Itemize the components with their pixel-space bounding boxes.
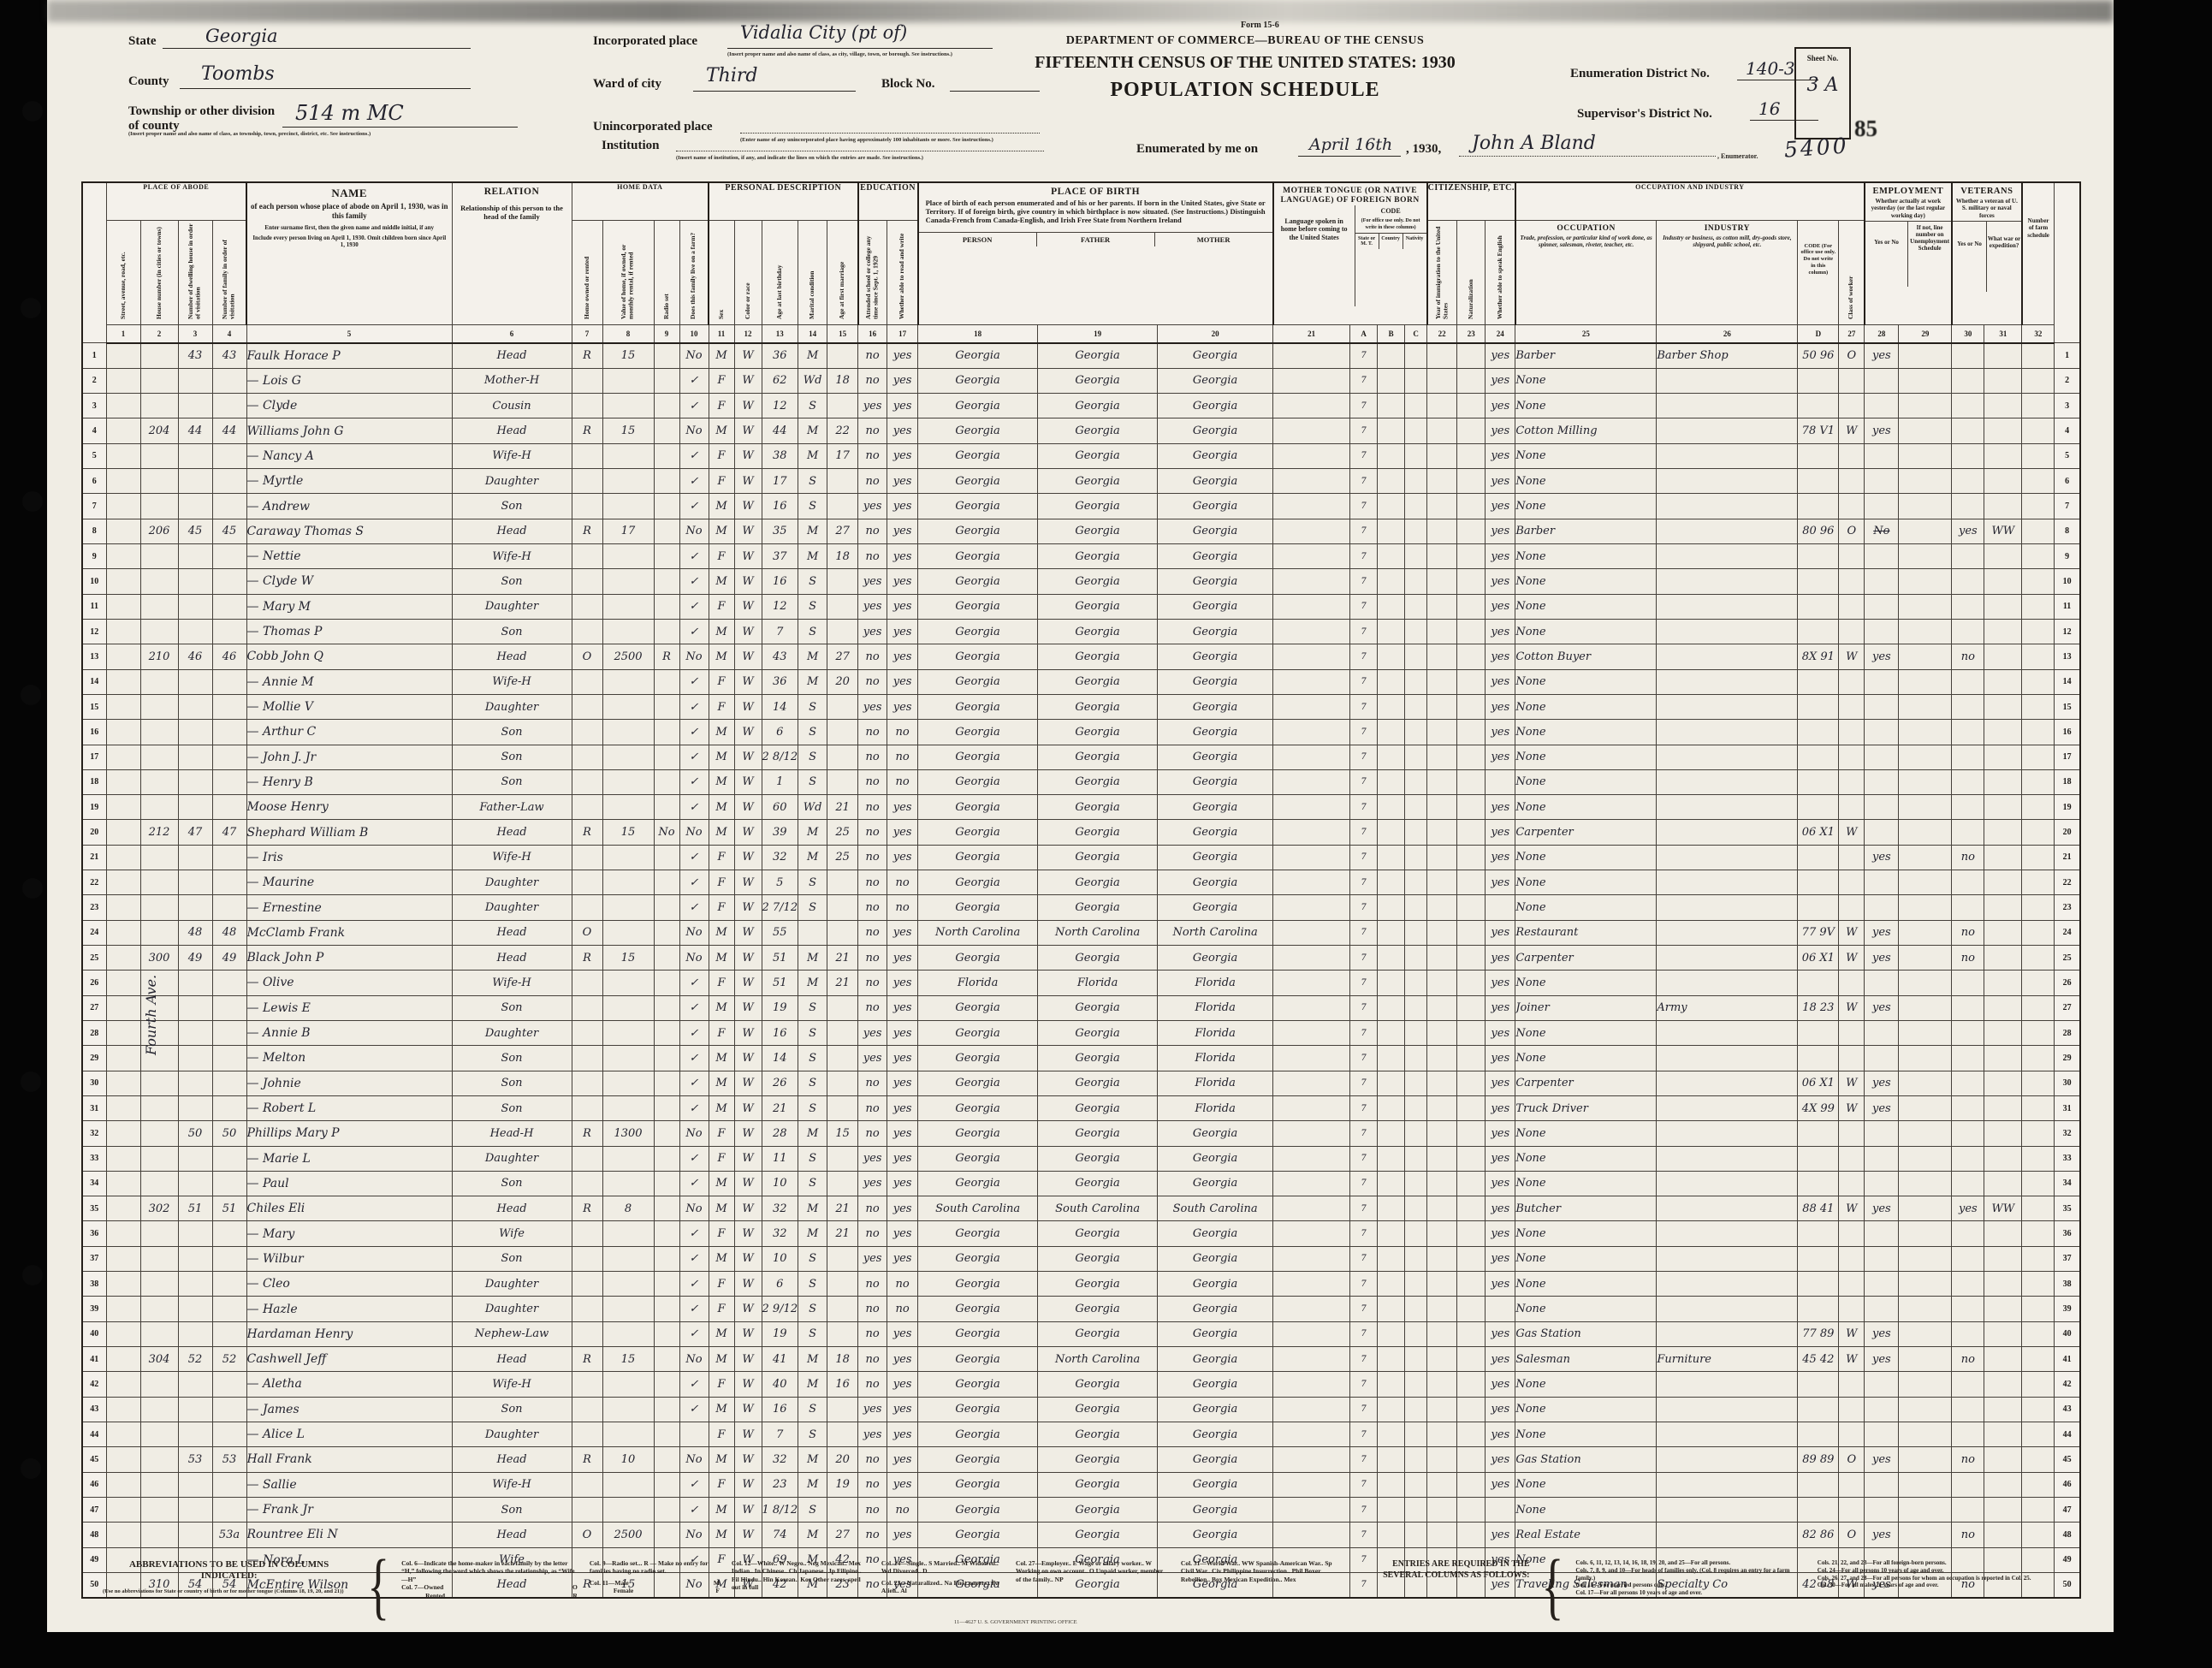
cell-oc: None (1515, 1020, 1657, 1045)
cell-rc: W (734, 1422, 762, 1446)
cell-v31 (1984, 1297, 2022, 1321)
cell-h (140, 1146, 178, 1171)
cell-h: 204 (140, 418, 178, 443)
legend-entry: Cols. 6, 11, 12, 13, 14, 16, 18, 19, 20,… (1575, 1559, 1805, 1567)
cell-cl (1839, 443, 1865, 468)
cell-en: yes (1486, 1171, 1515, 1196)
cell-v30 (1952, 1095, 1984, 1120)
cell-en: yes (1486, 644, 1515, 669)
cell-sc: yes (858, 1422, 887, 1446)
cell-cC (1405, 971, 1427, 995)
sheet-value: 3 A (1796, 74, 1849, 96)
cell-h (140, 1121, 178, 1146)
cell-ag: 26 (762, 1071, 798, 1095)
cell-fm: No (679, 1347, 709, 1372)
cell-h (140, 1497, 178, 1522)
line-number: 5 (82, 443, 106, 468)
cell-in (1657, 1397, 1798, 1422)
cell-pb: Georgia (918, 1095, 1038, 1120)
cell-pb: Georgia (918, 1146, 1038, 1171)
cell-mr: S (798, 1146, 827, 1171)
township-note: (Insert proper name and also name of cla… (128, 131, 371, 137)
cell-ow: R (572, 1347, 602, 1372)
cell-v31 (1984, 418, 2022, 443)
cell-st (106, 443, 140, 468)
cell-pb: Georgia (918, 519, 1038, 543)
cell-v30 (1952, 1046, 1984, 1071)
table-row: 33— Marie LDaughter✓FW11SyesyesGeorgiaGe… (82, 1146, 2080, 1171)
cell-mr: S (798, 769, 827, 794)
cell-cC (1405, 394, 1427, 418)
column-number: 7 (572, 324, 602, 343)
cell-c22 (1427, 469, 1457, 494)
cell-pf: North Carolina (1038, 920, 1158, 945)
cell-d (178, 1397, 212, 1422)
cell-rw: yes (887, 1071, 918, 1095)
cell-v31 (1984, 1472, 2022, 1497)
cell-vl (602, 1146, 654, 1171)
cell-d (178, 720, 212, 745)
column-number: 15 (827, 324, 858, 343)
cell-e29 (1899, 1095, 1952, 1120)
cell-v31 (1984, 694, 2022, 719)
cell-e28 (1865, 1146, 1899, 1171)
cell-rl: Wife-H (452, 971, 572, 995)
cell-cC (1405, 820, 1427, 845)
cell-sc: no (858, 1221, 887, 1246)
cell-cd (1798, 1221, 1839, 1246)
cell-f: 53 (212, 1447, 246, 1472)
cell-ag: 21 (762, 1095, 798, 1120)
cell-ow (572, 1497, 602, 1522)
cell-v31 (1984, 1046, 2022, 1071)
cell-en: yes (1486, 820, 1515, 845)
cell-mr: M (798, 946, 827, 971)
cell-sc: no (858, 644, 887, 669)
page-stamp: 85 (1854, 116, 1877, 142)
cell-d (178, 1497, 212, 1522)
cell-c32 (2022, 694, 2055, 719)
cell-ow (572, 1422, 602, 1446)
cell-en: yes (1486, 795, 1515, 820)
cell-pm: Georgia (1158, 1272, 1273, 1297)
cell-ow: O (572, 644, 602, 669)
cell-cA: 7 (1350, 1071, 1378, 1095)
column-number: 24 (1486, 324, 1515, 343)
cell-d: 50 (178, 1121, 212, 1146)
cell-cB (1378, 745, 1405, 769)
cell-rl: Cousin (452, 394, 572, 418)
cell-mr: M (798, 418, 827, 443)
cell-ow (572, 1171, 602, 1196)
cell-c32 (2022, 494, 2055, 519)
cell-cA: 7 (1350, 519, 1378, 543)
cell-e29 (1899, 669, 1952, 694)
cell-pm: Georgia (1158, 644, 1273, 669)
line-number: 46 (82, 1472, 106, 1497)
col24-header: Whether able to speak English (1486, 220, 1515, 324)
cell-f (212, 1297, 246, 1321)
cell-rc: W (734, 769, 762, 794)
cell-st (106, 795, 140, 820)
cell-h (140, 1397, 178, 1422)
cell-am (827, 1020, 858, 1045)
punch-hole (21, 298, 41, 318)
cell-am (827, 469, 858, 494)
table-row: 44— Alice LDaughterFW7SyesyesGeorgiaGeor… (82, 1422, 2080, 1446)
cell-cB (1378, 845, 1405, 870)
cell-rl: Wife-H (452, 443, 572, 468)
cell-en: yes (1486, 1321, 1515, 1346)
cell-v31 (1984, 769, 2022, 794)
cell-tg (1273, 1447, 1350, 1472)
cell-c32 (2022, 343, 2055, 369)
cell-en: yes (1486, 494, 1515, 519)
cell-c23 (1457, 1321, 1486, 1346)
schedule-title: POPULATION SCHEDULE (1023, 79, 1468, 102)
cell-ow: R (572, 946, 602, 971)
cell-oc: None (1515, 669, 1657, 694)
cell-oc: Butcher (1515, 1196, 1657, 1221)
cell-c32 (2022, 1046, 2055, 1071)
cell-cA: 7 (1350, 895, 1378, 920)
cell-c22 (1427, 1497, 1457, 1522)
cell-sx: M (709, 1071, 734, 1095)
line-number-right: 24 (2055, 920, 2080, 945)
cell-cl: W (1839, 820, 1865, 845)
cell-rl: Daughter (452, 895, 572, 920)
cell-oc: Barber (1515, 519, 1657, 543)
cell-rl: Son (452, 769, 572, 794)
cell-cl: W (1839, 1196, 1865, 1221)
cell-mr: S (798, 1321, 827, 1346)
cell-rl: Wife-H (452, 669, 572, 694)
cell-pb: Georgia (918, 544, 1038, 569)
line-number: 16 (82, 720, 106, 745)
cell-cl: O (1839, 343, 1865, 369)
cell-vl (602, 845, 654, 870)
cell-vl: 15 (602, 820, 654, 845)
line-number: 45 (82, 1447, 106, 1472)
cell-pb: Georgia (918, 1497, 1038, 1522)
cell-rd (654, 418, 679, 443)
cell-st (106, 594, 140, 619)
county-label: County (128, 74, 169, 89)
cell-cd (1798, 569, 1839, 594)
column-number: D (1798, 324, 1839, 343)
cell-c32 (2022, 795, 2055, 820)
cell-c22 (1427, 694, 1457, 719)
cell-cB (1378, 1095, 1405, 1120)
cell-c22 (1427, 946, 1457, 971)
cell-rc: W (734, 870, 762, 895)
cell-pf: Georgia (1038, 544, 1158, 569)
cell-pf: Georgia (1038, 1121, 1158, 1146)
cell-pf: Georgia (1038, 1397, 1158, 1422)
cell-en (1486, 1497, 1515, 1522)
cell-rc: W (734, 1497, 762, 1522)
cell-pb: Georgia (918, 1246, 1038, 1271)
cell-e28: yes (1865, 418, 1899, 443)
cell-v30 (1952, 1171, 1984, 1196)
cell-st (106, 494, 140, 519)
cell-st (106, 820, 140, 845)
cell-e29 (1899, 544, 1952, 569)
cell-oc: None (1515, 1146, 1657, 1171)
cell-c23 (1457, 368, 1486, 393)
cell-c23 (1457, 795, 1486, 820)
cell-en: yes (1486, 368, 1515, 393)
cell-rl: Daughter (452, 1422, 572, 1446)
cell-h (140, 1272, 178, 1297)
cell-cl (1839, 1422, 1865, 1446)
table-row: 37— WilburSon✓MW10SyesyesGeorgiaGeorgiaG… (82, 1246, 2080, 1271)
line-number-right: 46 (2055, 1472, 2080, 1497)
cell-c32 (2022, 619, 2055, 644)
cell-d (178, 368, 212, 393)
cell-cB (1378, 1497, 1405, 1522)
table-row: 10— Clyde WSon✓MW16SyesyesGeorgiaGeorgia… (82, 569, 2080, 594)
cell-cB (1378, 920, 1405, 945)
cell-oc: None (1515, 769, 1657, 794)
cell-pf: North Carolina (1038, 1347, 1158, 1372)
cell-tg (1273, 1146, 1350, 1171)
cell-vl (602, 895, 654, 920)
cell-in (1657, 820, 1798, 845)
cell-vl (602, 720, 654, 745)
cell-en: yes (1486, 995, 1515, 1020)
table-row: 18— Henry BSon✓MW1SnonoGeorgiaGeorgiaGeo… (82, 769, 2080, 794)
cell-e28 (1865, 619, 1899, 644)
cell-cd: 78 V1 (1798, 418, 1839, 443)
cell-cB (1378, 895, 1405, 920)
cell-ag: 28 (762, 1121, 798, 1146)
cell-mr: M (798, 820, 827, 845)
cell-c32 (2022, 946, 2055, 971)
cell-vl: 15 (602, 418, 654, 443)
cell-e29 (1899, 594, 1952, 619)
cell-cB (1378, 1297, 1405, 1321)
cell-cB (1378, 769, 1405, 794)
line-number: 44 (82, 1422, 106, 1446)
cell-mr: S (798, 895, 827, 920)
table-row: 455353Hall FrankHeadR10NoMW32M20noyesGeo… (82, 1447, 2080, 1472)
cell-cl (1839, 720, 1865, 745)
cell-c32 (2022, 870, 2055, 895)
cell-cA: 7 (1350, 594, 1378, 619)
cell-pm: Georgia (1158, 594, 1273, 619)
cell-pb: Georgia (918, 795, 1038, 820)
cell-in (1657, 394, 1798, 418)
col25-header: OCCUPATION Trade, profession, or particu… (1515, 220, 1657, 324)
cell-rd (654, 1422, 679, 1446)
legend-entry: Col. 17—For all persons 10 years of age … (1575, 1589, 1805, 1597)
cell-c32 (2022, 1246, 2055, 1271)
cell-rl: Daughter (452, 594, 572, 619)
cell-e29 (1899, 1272, 1952, 1297)
cell-sx: M (709, 995, 734, 1020)
cell-in (1657, 920, 1798, 945)
cell-in (1657, 1121, 1798, 1146)
cell-f: 52 (212, 1347, 246, 1372)
cell-ow (572, 1321, 602, 1346)
line-number: 26 (82, 971, 106, 995)
cell-rw: yes (887, 1447, 918, 1472)
cell-mr: S (798, 745, 827, 769)
cell-cC (1405, 1447, 1427, 1472)
cell-nm: Black John P (246, 946, 452, 971)
cell-cd (1798, 971, 1839, 995)
cell-st (106, 1071, 140, 1095)
col9-header: Radio set (654, 220, 679, 324)
cell-pf: Georgia (1038, 745, 1158, 769)
cell-c23 (1457, 644, 1486, 669)
cell-h (140, 870, 178, 895)
cell-f (212, 1246, 246, 1271)
line-number-right: 27 (2055, 995, 2080, 1020)
cell-c23 (1457, 1497, 1486, 1522)
cell-rd (654, 669, 679, 694)
cell-cC (1405, 1071, 1427, 1095)
cell-rc: W (734, 494, 762, 519)
cell-ag: 74 (762, 1523, 798, 1547)
cell-ow (572, 669, 602, 694)
cell-in (1657, 1321, 1798, 1346)
cell-rd (654, 694, 679, 719)
cell-cd (1798, 1422, 1839, 1446)
cell-cC (1405, 494, 1427, 519)
cell-rd (654, 494, 679, 519)
cell-v31 (1984, 1523, 2022, 1547)
cell-oc: None (1515, 795, 1657, 820)
cell-rc: W (734, 820, 762, 845)
cell-ag: 37 (762, 544, 798, 569)
cell-vl (602, 1472, 654, 1497)
cell-nm: — Clyde W (246, 569, 452, 594)
cell-v30 (1952, 343, 1984, 369)
cell-pb: Georgia (918, 1447, 1038, 1472)
cell-cl: W (1839, 1071, 1865, 1095)
cell-ag: 51 (762, 946, 798, 971)
cell-c22 (1427, 1321, 1457, 1346)
cell-rc: W (734, 1046, 762, 1071)
cell-cl (1839, 845, 1865, 870)
cell-c23 (1457, 720, 1486, 745)
cell-rl: Son (452, 1046, 572, 1071)
cell-cl (1839, 619, 1865, 644)
cell-cB (1378, 1422, 1405, 1446)
cell-ow (572, 1272, 602, 1297)
cell-cl (1839, 1221, 1865, 1246)
line-number: 19 (82, 795, 106, 820)
group-education: EDUCATION (858, 182, 918, 220)
cell-d (178, 469, 212, 494)
cell-e29 (1899, 494, 1952, 519)
cell-rd (654, 1321, 679, 1346)
cell-tg (1273, 1246, 1350, 1271)
table-row: 14343Faulk Horace PHeadR15NoMW36MnoyesGe… (82, 343, 2080, 369)
legend-col9: Col. 9—Radio set... R — Make no entry fo… (590, 1559, 720, 1576)
cell-cA: 7 (1350, 1272, 1378, 1297)
cell-sx: M (709, 1095, 734, 1120)
cell-cd (1798, 694, 1839, 719)
cell-pm: Georgia (1158, 1171, 1273, 1196)
cell-pb: Georgia (918, 745, 1038, 769)
cell-rd (654, 394, 679, 418)
cell-st (106, 1523, 140, 1547)
cell-rw: yes (887, 619, 918, 644)
cell-ow (572, 1221, 602, 1246)
punch-hole (22, 491, 43, 512)
line-number-right: 41 (2055, 1347, 2080, 1372)
cell-pb: Georgia (918, 720, 1038, 745)
cell-v30 (1952, 1272, 1984, 1297)
cell-en: yes (1486, 1146, 1515, 1171)
cell-ow (572, 870, 602, 895)
column-number: A (1350, 324, 1378, 343)
cell-cA: 7 (1350, 1095, 1378, 1120)
column-number: 27 (1839, 324, 1865, 343)
cell-c22 (1427, 745, 1457, 769)
cell-fm (679, 1422, 709, 1446)
cell-h (140, 469, 178, 494)
cell-e28: yes (1865, 1321, 1899, 1346)
cell-rl: Son (452, 569, 572, 594)
cell-d (178, 1472, 212, 1497)
cell-d (178, 669, 212, 694)
legend-entry: Cols. 26, 27, and 28—For all persons for… (1818, 1575, 2062, 1582)
line-number-right: 39 (2055, 1297, 2080, 1321)
cell-h (140, 443, 178, 468)
cell-e29 (1899, 971, 1952, 995)
cell-fm: ✓ (679, 895, 709, 920)
group-veterans: VETERANS Whether a veteran of U. S. mili… (1952, 182, 2022, 324)
cell-am: 19 (827, 1472, 858, 1497)
cell-e28 (1865, 1422, 1899, 1446)
cell-en: yes (1486, 870, 1515, 895)
cell-ag: 51 (762, 971, 798, 995)
cell-sc: no (858, 1497, 887, 1522)
cell-vl: 2500 (602, 644, 654, 669)
cell-in (1657, 1523, 1798, 1547)
cell-ag: 16 (762, 494, 798, 519)
cell-v30 (1952, 895, 1984, 920)
cell-c32 (2022, 594, 2055, 619)
cell-ag: 32 (762, 845, 798, 870)
cell-fm: ✓ (679, 995, 709, 1020)
cell-cC (1405, 1297, 1427, 1321)
cell-cl: W (1839, 946, 1865, 971)
cell-pm: Georgia (1158, 820, 1273, 845)
cell-v31 (1984, 946, 2022, 971)
cell-e28 (1865, 443, 1899, 468)
cell-cA: 7 (1350, 368, 1378, 393)
cell-cA: 7 (1350, 946, 1378, 971)
col12-header: Color or race (734, 220, 762, 324)
census-title: FIFTEENTH CENSUS OF THE UNITED STATES: 1… (920, 53, 1570, 73)
cell-rl: Son (452, 995, 572, 1020)
cell-am: 27 (827, 1523, 858, 1547)
cell-d (178, 1422, 212, 1446)
cell-rc: W (734, 1372, 762, 1397)
cell-rl: Daughter (452, 469, 572, 494)
unincorporated-label: Unincorporated place (593, 120, 713, 134)
cell-h (140, 694, 178, 719)
line-number: 12 (82, 619, 106, 644)
cell-fm: No (679, 1196, 709, 1221)
cell-e29 (1899, 720, 1952, 745)
cell-sc: no (858, 1472, 887, 1497)
